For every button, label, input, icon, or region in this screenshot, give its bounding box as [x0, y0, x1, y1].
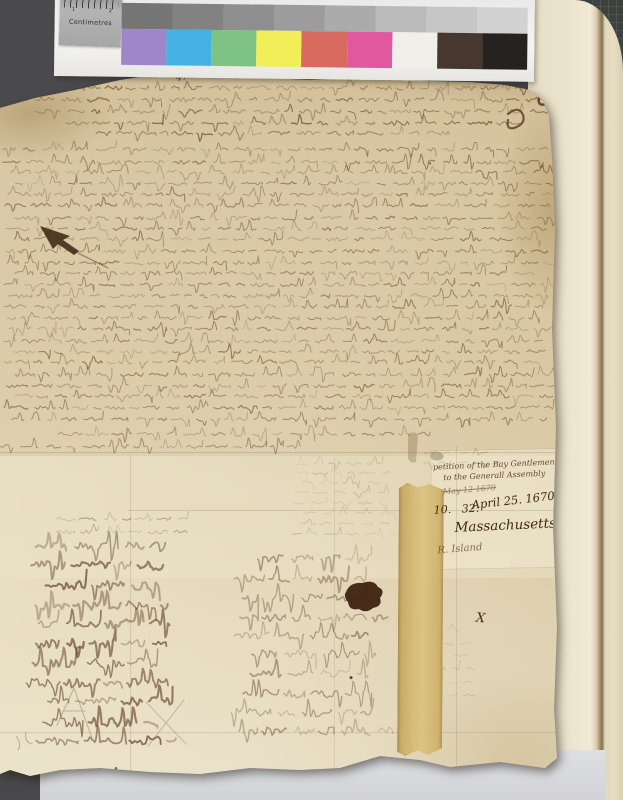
ruler-number: 2 — [109, 8, 112, 14]
color-patch-yellow — [256, 30, 302, 67]
ruler-card: 1 2 Centimetres — [59, 0, 123, 48]
color-patch-green — [211, 30, 257, 67]
color-patch-purple — [121, 29, 167, 66]
color-patch-white — [392, 32, 438, 69]
ruler-number: 1 — [72, 7, 75, 13]
docket-colony-massachusetts: Massachusetts — [454, 515, 556, 535]
docket-annotations: petition of the Bay Gentlemen to the Gen… — [427, 451, 564, 577]
color-patch-black — [482, 33, 528, 70]
color-patch-dark-brown — [437, 33, 483, 70]
color-patch-cyan — [166, 29, 212, 66]
color-patch-red — [302, 31, 348, 68]
handwriting-bleedthrough — [0, 68, 562, 778]
docket-file-numbers: 10. 32. — [433, 502, 479, 517]
color-patch-row — [121, 29, 527, 70]
calibration-card: 1 2 Centimetres — [54, 0, 535, 82]
ink-cross-mark: X — [475, 611, 486, 627]
manuscript-document: 47 petition of the Bay Gentlemen to the … — [0, 68, 562, 778]
archival-photograph: 47 petition of the Bay Gentlemen to the … — [0, 0, 623, 800]
ruler-numbers: 1 2 — [72, 7, 112, 14]
color-patch-magenta — [347, 32, 393, 69]
docket-struck-date: May 12 1670 — [443, 483, 497, 496]
parchment: 47 petition of the Bay Gentlemen to the … — [0, 68, 562, 778]
docket-colony-rhode-island: R. Island — [437, 542, 483, 556]
ruler-label: Centimetres — [59, 17, 121, 27]
